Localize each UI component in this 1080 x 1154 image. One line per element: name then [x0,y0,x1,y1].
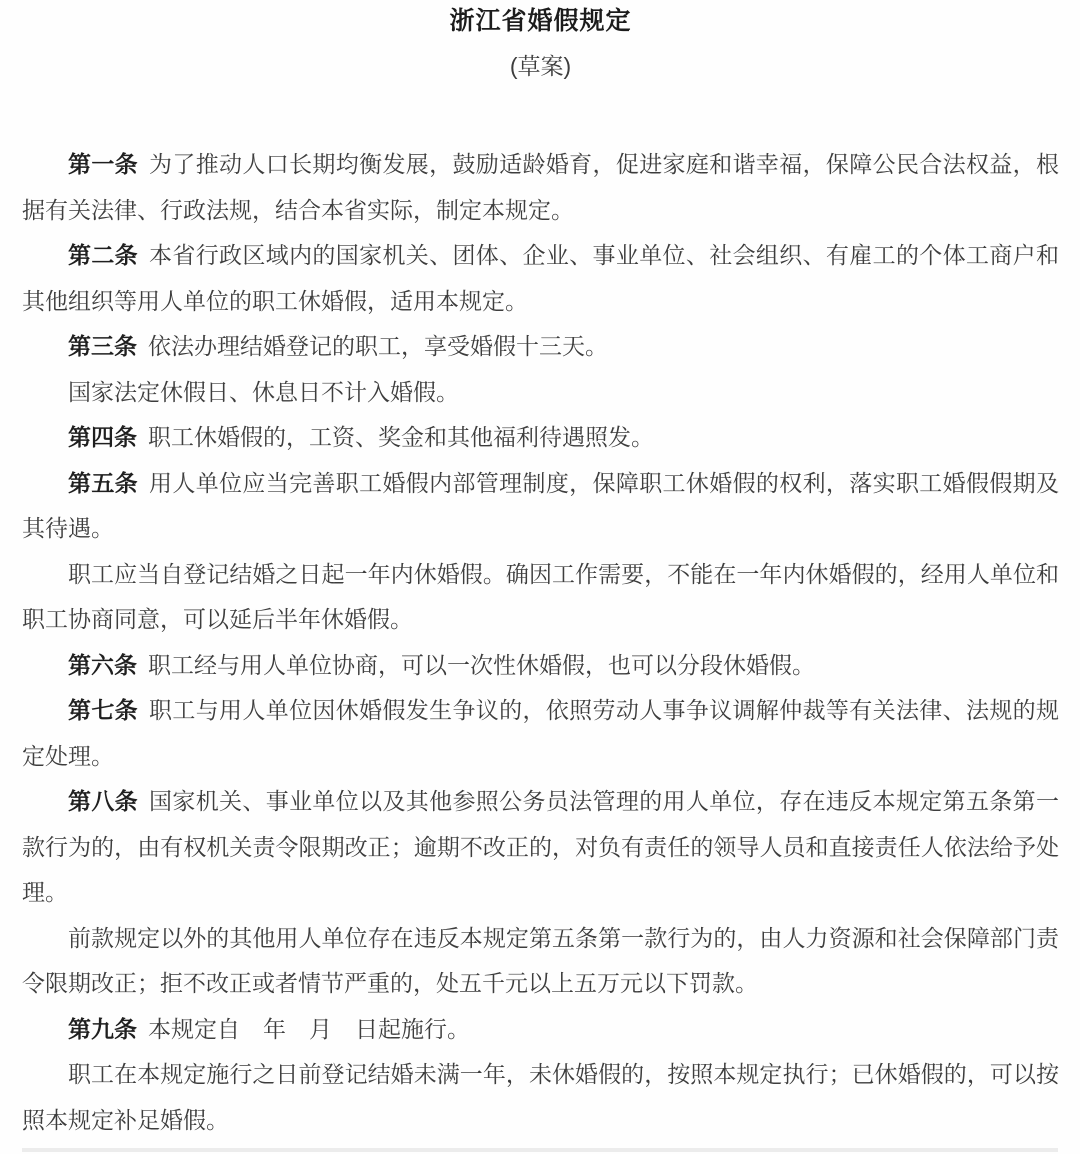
paragraph: 第一条为了推动人口长期均衡发展，鼓励适龄婚育，促进家庭和谐幸福，保障公民合法权益… [22,142,1059,233]
paragraph: 第三条依法办理结婚登记的职工，享受婚假十三天。 [22,324,1059,370]
document-page: 浙江省婚假规定 (草案) 第一条为了推动人口长期均衡发展，鼓励适龄婚育，促进家庭… [0,0,1080,1154]
paragraph: 第九条本规定自 年 月 日起施行。 [22,1007,1059,1053]
article-label: 第六条 [68,652,137,678]
article-label: 第三条 [68,333,137,359]
paragraph-text: 前款规定以外的其他用人单位存在违反本规定第五条第一款行为的，由人力资源和社会保障… [22,925,1059,997]
paragraph: 第六条职工经与用人单位协商，可以一次性休婚假，也可以分段休婚假。 [22,643,1059,689]
paragraph-text: 依法办理结婚登记的职工，享受婚假十三天。 [148,333,608,359]
paragraph-text: 职工在本规定施行之日前登记结婚未满一年，未休婚假的，按照本规定执行；已休婚假的，… [22,1061,1059,1133]
paragraph-text: 为了推动人口长期均衡发展，鼓励适龄婚育，促进家庭和谐幸福，保障公民合法权益，根据… [22,151,1059,223]
paragraph-text: 职工休婚假的，工资、奖金和其他福利待遇照发。 [148,424,654,450]
paragraph-text: 本省行政区域内的国家机关、团体、企业、事业单位、社会组织、有雇工的个体工商户和其… [22,242,1059,314]
document-subtitle: (草案) [22,50,1059,82]
paragraph-text: 职工与用人单位因休婚假发生争议的，依照劳动人事争议调解仲裁等有关法律、法规的规定… [22,697,1059,769]
article-label: 第九条 [68,1016,137,1042]
paragraph: 第八条国家机关、事业单位以及其他参照公务员法管理的用人单位，存在违反本规定第五条… [22,779,1059,916]
article-label: 第四条 [68,424,137,450]
article-label: 第五条 [68,470,138,496]
paragraph: 职工在本规定施行之日前登记结婚未满一年，未休婚假的，按照本规定执行；已休婚假的，… [22,1052,1059,1143]
article-label: 第七条 [68,697,138,723]
paragraph-text: 本规定自 年 月 日起施行。 [148,1016,470,1042]
paragraph-text: 职工应当自登记结婚之日起一年内休婚假。确因工作需要，不能在一年内休婚假的，经用人… [22,561,1059,633]
paragraph-text: 用人单位应当完善职工婚假内部管理制度，保障职工休婚假的权利，落实职工婚假假期及其… [22,470,1059,542]
document-title: 浙江省婚假规定 [22,4,1059,38]
paragraph: 前款规定以外的其他用人单位存在违反本规定第五条第一款行为的，由人力资源和社会保障… [22,916,1059,1007]
paragraph-text: 国家法定休假日、休息日不计入婚假。 [68,379,459,405]
paragraph: 第二条本省行政区域内的国家机关、团体、企业、事业单位、社会组织、有雇工的个体工商… [22,233,1059,324]
paragraph: 第四条职工休婚假的，工资、奖金和其他福利待遇照发。 [22,415,1059,461]
paragraph: 职工应当自登记结婚之日起一年内休婚假。确因工作需要，不能在一年内休婚假的，经用人… [22,552,1059,643]
article-label: 第二条 [68,242,138,268]
article-label: 第一条 [68,151,138,177]
paragraph: 第七条职工与用人单位因休婚假发生争议的，依照劳动人事争议调解仲裁等有关法律、法规… [22,688,1059,779]
paragraph: 第五条用人单位应当完善职工婚假内部管理制度，保障职工休婚假的权利，落实职工婚假假… [22,461,1059,552]
cutoff-next-line-fragment [22,1148,1058,1152]
paragraph-text: 国家机关、事业单位以及其他参照公务员法管理的用人单位，存在违反本规定第五条第一款… [22,788,1059,905]
paragraph-text: 职工经与用人单位协商，可以一次性休婚假，也可以分段休婚假。 [148,652,815,678]
document-body: 第一条为了推动人口长期均衡发展，鼓励适龄婚育，促进家庭和谐幸福，保障公民合法权益… [22,142,1059,1143]
article-label: 第八条 [68,788,138,814]
paragraph: 国家法定休假日、休息日不计入婚假。 [22,370,1059,416]
